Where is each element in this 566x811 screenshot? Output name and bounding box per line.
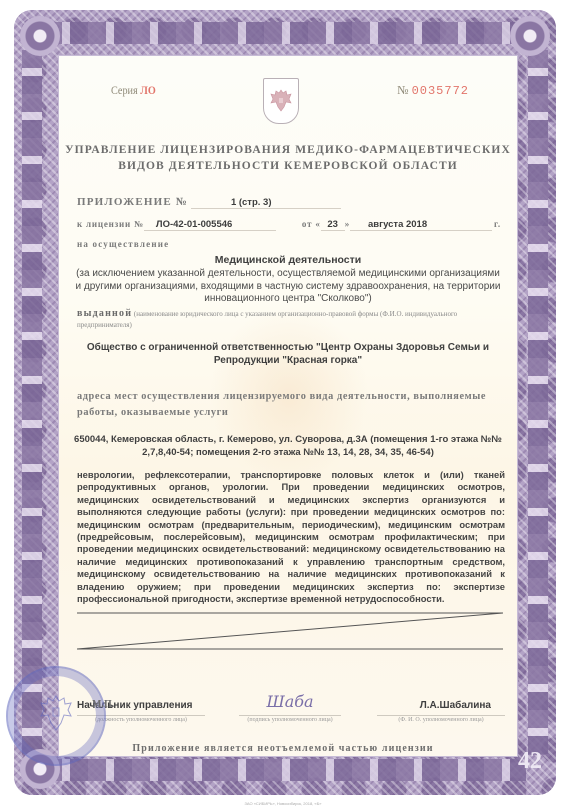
signature-caption: (подпись уполномоченного лица) xyxy=(239,715,341,723)
coat-of-arms-icon xyxy=(263,78,299,124)
license-frame: Серия ЛО № 0035772 УПРАВЛЕНИЕ ЛИЦЕНЗИРОВ… xyxy=(14,10,556,795)
footer-note: Приложение является неотъемлемой частью … xyxy=(0,743,566,754)
form-number: № 0035772 xyxy=(397,83,469,98)
corner-rosette-icon xyxy=(510,16,550,56)
heading-line-1: УПРАВЛЕНИЕ ЛИЦЕНЗИРОВАНИЯ МЕДИКО-ФАРМАЦЕ… xyxy=(59,142,517,158)
document-page: Серия ЛО № 0035772 УПРАВЛЕНИЕ ЛИЦЕНЗИРОВ… xyxy=(58,55,518,757)
appendix-value: 1 (стр. 3) xyxy=(191,197,341,209)
services-text: неврологии, рефлексотерапии, транспортир… xyxy=(77,469,505,605)
signer-name: Л.А.Шабалина xyxy=(420,700,491,711)
appendix-row: ПРИЛОЖЕНИЕ № 1 (стр. 3) xyxy=(77,196,503,209)
seal-label: М.П. xyxy=(92,699,114,710)
appendix-label: ПРИЛОЖЕНИЕ № xyxy=(77,196,188,208)
for-label: на осуществление xyxy=(77,239,503,249)
heading-line-2: ВИДОВ ДЕЯТЕЛЬНОСТИ КЕМЕРОВСКОЙ ОБЛАСТИ xyxy=(59,158,517,174)
signer-name-caption: (Ф. И. О. уполномоченного лица) xyxy=(377,715,505,723)
date-month-year: августа 2018 xyxy=(350,219,492,231)
activity-note: (за исключением указанной деятельности, … xyxy=(73,268,503,306)
series-label: Серия xyxy=(111,83,138,97)
date-day: 23 xyxy=(321,219,345,231)
signature-block: Начальник управления Шаба Л.А.Шабалина (… xyxy=(77,700,505,724)
series: Серия ЛО xyxy=(111,83,156,98)
number-value: 0035772 xyxy=(412,84,469,98)
number-prefix: № xyxy=(397,83,408,97)
series-value: ЛО xyxy=(140,83,156,97)
issued-row: выданной (наименование юридического лица… xyxy=(77,308,503,331)
activity-title: Медицинской деятельности xyxy=(73,254,503,266)
address-label: адреса мест осуществления лицензируемого… xyxy=(77,389,503,421)
border-ornament-right xyxy=(528,50,548,755)
address: 650044, Кемеровская область, г. Кемерово… xyxy=(73,434,503,459)
license-row: к лицензии № ЛО-42-01-005546 от « 23 » а… xyxy=(77,219,503,231)
border-ornament-left xyxy=(22,50,42,755)
corner-rosette-icon xyxy=(20,16,60,56)
date-from-label: от « xyxy=(302,219,321,229)
date-year-suffix: г. xyxy=(494,219,501,229)
signature: Шаба xyxy=(239,692,341,711)
border-ornament-bottom xyxy=(44,759,526,781)
license-number: ЛО-42-01-005546 xyxy=(144,219,276,231)
license-label: к лицензии № xyxy=(77,219,144,229)
issued-label: выданной xyxy=(77,308,132,319)
border-ornament-top xyxy=(44,22,526,44)
issued-caption: (наименование юридического лица с указан… xyxy=(77,310,457,329)
authority-heading: УПРАВЛЕНИЕ ЛИЦЕНЗИРОВАНИЯ МЕДИКО-ФАРМАЦЕ… xyxy=(59,142,517,174)
organization-name: Общество с ограниченной ответственностью… xyxy=(73,341,503,367)
printer-note: ЗАО «СИБИРЬ», Новосибирск, 2018, «Б» xyxy=(0,801,566,806)
z-cancel-lines xyxy=(77,611,503,651)
